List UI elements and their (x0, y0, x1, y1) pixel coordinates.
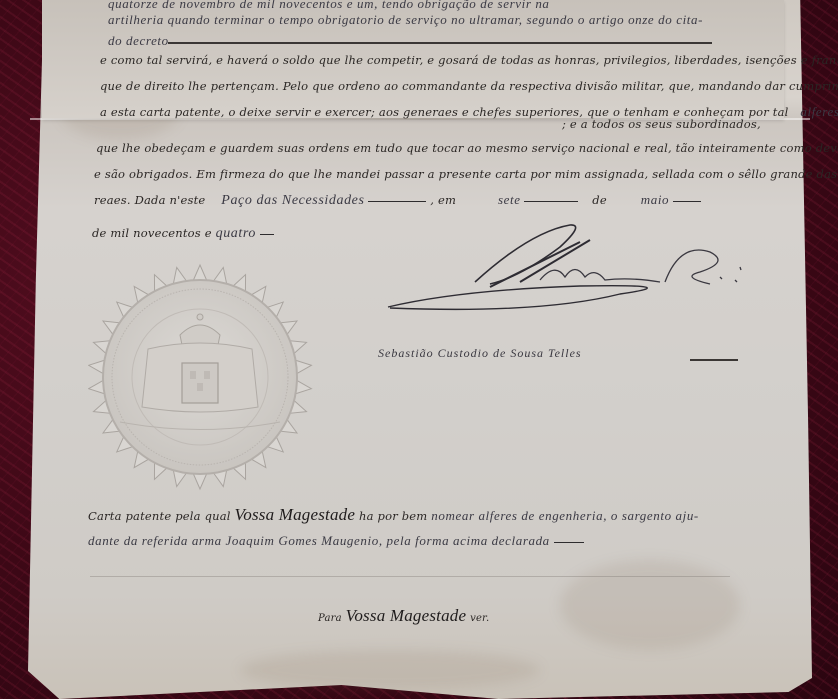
caption-line-2: dante da referida arma Joaquim Gomes Mau… (88, 533, 584, 549)
fill-rule (554, 542, 584, 543)
body-line-4: ; e a todos os seus subordinados, (562, 117, 761, 131)
body-line-6: e são obrigados. Em firmeza do que lhe m… (94, 167, 838, 181)
fill-rule (368, 201, 426, 202)
rank-handwritten: alferes (800, 104, 838, 119)
countersignature: Sebastião Custodio de Sousa Telles (378, 346, 582, 361)
body-line-2: que de direito lhe pertençam. Pelo que o… (100, 79, 838, 93)
embossed-royal-seal (88, 262, 313, 492)
month-handwritten: maio (641, 192, 669, 207)
body-line-1: e como tal servirá, e haverá o soldo que… (100, 53, 838, 67)
body-line-7: reaes. Dada n'este Paço das Necessidades… (94, 192, 701, 209)
age-stain (560, 560, 740, 650)
caption-handwritten-2: dante da referida arma Joaquim Gomes Mau… (88, 533, 550, 548)
fill-rule (690, 359, 738, 361)
closing-line: Para Vossa Magestade ver. (318, 606, 489, 626)
royal-signature (380, 222, 760, 322)
year-handwritten: quatro (216, 226, 256, 241)
fill-rule (260, 234, 274, 235)
fill-rule (673, 201, 701, 202)
upper-line-3: do decreto (108, 33, 169, 49)
fill-rule (524, 201, 578, 202)
body-line-5: que lhe obedeçam e guardem suas ordens e… (96, 141, 838, 155)
caption-line-1: Carta patente pela qual Vossa Magestade … (88, 505, 699, 525)
vossa-magestade-caption: Vossa Magestade (235, 505, 356, 524)
day-handwritten: sete (498, 192, 521, 207)
caption-handwritten-1: nomear alferes de engenheria, o sargento… (431, 508, 699, 523)
fill-rule (168, 42, 712, 44)
guide-rule (90, 576, 730, 577)
age-stain (240, 650, 540, 690)
body-line-8: de mil novecentos e quatro (92, 226, 274, 242)
upper-line-1: quatorze de novembro de mil novecentos e… (108, 0, 550, 12)
place-handwritten: Paço das Necessidades (221, 193, 364, 208)
vossa-magestade-closing: Vossa Magestade (346, 606, 467, 625)
upper-line-2: artilheria quando terminar o tempo obrig… (108, 12, 703, 28)
